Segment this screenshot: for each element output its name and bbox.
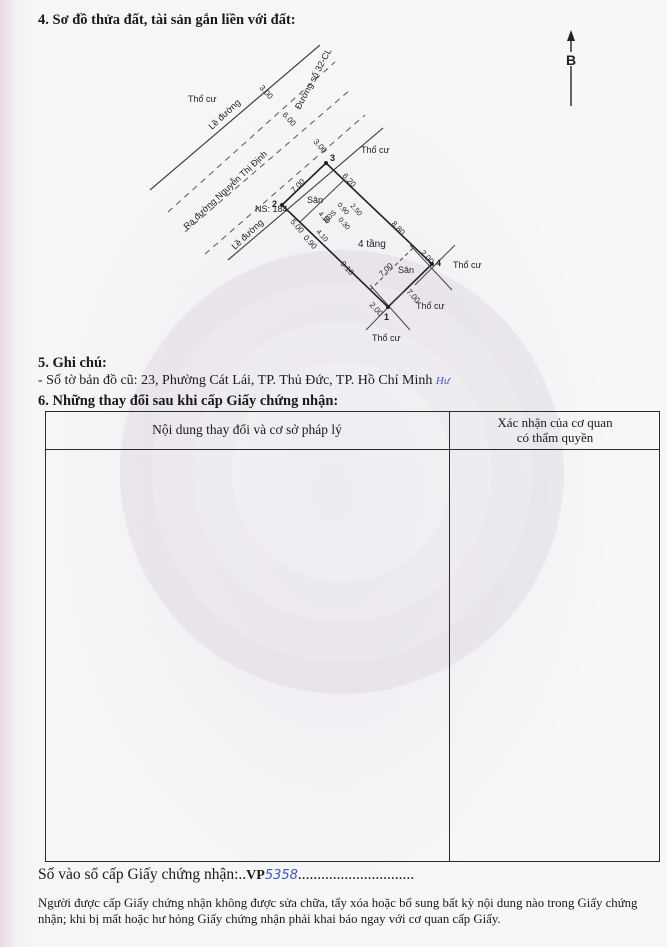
- header-line-1: Xác nhận của cơ quan: [497, 415, 612, 430]
- table-header-divider: [45, 449, 660, 450]
- initials-signature: Hư: [436, 375, 450, 387]
- svg-text:7.00: 7.00: [377, 261, 395, 279]
- registry-label: Số vào sổ cấp Giấy chứng nhận:: [38, 866, 238, 883]
- label-tho-cu: Thổ cư: [372, 333, 401, 343]
- label-tho-cu: Thổ cư: [188, 94, 217, 104]
- label-le-duong: Lề đường: [230, 217, 266, 251]
- table-column-divider: [449, 411, 450, 862]
- registry-number-line: Số vào sổ cấp Giấy chứng nhận:..VP5358..…: [38, 866, 414, 884]
- point-4-label: 4: [436, 258, 441, 268]
- point-1-label: 1: [384, 312, 389, 322]
- table-header-confirmation: Xác nhận của cơ quan có thẩm quyền: [450, 411, 660, 449]
- svg-text:0.90: 0.90: [336, 202, 350, 217]
- north-label: B: [566, 52, 576, 68]
- svg-text:5.00: 5.00: [289, 217, 306, 235]
- svg-text:7.00: 7.00: [289, 177, 307, 195]
- svg-text:2.00: 2.00: [368, 300, 385, 318]
- label-floors: 4 tầng: [358, 238, 386, 250]
- point-3-label: 3: [330, 153, 335, 163]
- label-tho-cu: Thổ cư: [453, 260, 482, 270]
- registry-number: 5358: [265, 868, 298, 883]
- section-5-title: 5. Ghi chú:: [38, 355, 107, 372]
- label-tho-cu: Thổ cư: [361, 145, 390, 155]
- label-ns: NS: 184: [255, 204, 288, 214]
- label-san: Sân: [398, 265, 414, 275]
- warning-notice: Người được cấp Giấy chứng nhận không đượ…: [38, 895, 648, 927]
- table-header-content: Nội dung thay đổi và cơ sở pháp lý: [45, 411, 449, 449]
- svg-text:2.50: 2.50: [349, 203, 363, 218]
- table-cell-confirmation: [451, 451, 658, 860]
- svg-text:6.00: 6.00: [281, 110, 298, 128]
- label-san: Sân: [307, 195, 323, 205]
- note-text: - Số tờ bản đồ cũ: 23, Phường Cát Lái, T…: [38, 373, 432, 388]
- section-6-title: 6. Những thay đổi sau khi cấp Giấy chứng…: [38, 393, 338, 410]
- svg-text:BĐS: BĐS: [323, 209, 339, 224]
- svg-text:0.30: 0.30: [337, 217, 351, 232]
- header-line-2: có thẩm quyền: [517, 430, 594, 445]
- svg-text:0.90: 0.90: [302, 233, 319, 251]
- section-5-note: - Số tờ bản đồ cũ: 23, Phường Cát Lái, T…: [38, 373, 450, 389]
- label-road-main: Đường số 32-CL: [293, 47, 334, 111]
- svg-text:3.00: 3.00: [312, 137, 329, 155]
- certificate-page: 4. Sơ đồ thửa đất, tài sản gắn liền với …: [0, 0, 667, 947]
- table-cell-content: [46, 451, 448, 860]
- north-arrow-icon: B: [564, 30, 578, 106]
- label-tho-cu: Thổ cư: [416, 301, 445, 311]
- land-plot-diagram: B 3 2 4 1 Thổ cư Thổ cư Thổ cư Thổ cư Th: [0, 0, 667, 350]
- svg-text:8.80: 8.80: [390, 219, 407, 237]
- registry-prefix: VP: [246, 868, 265, 883]
